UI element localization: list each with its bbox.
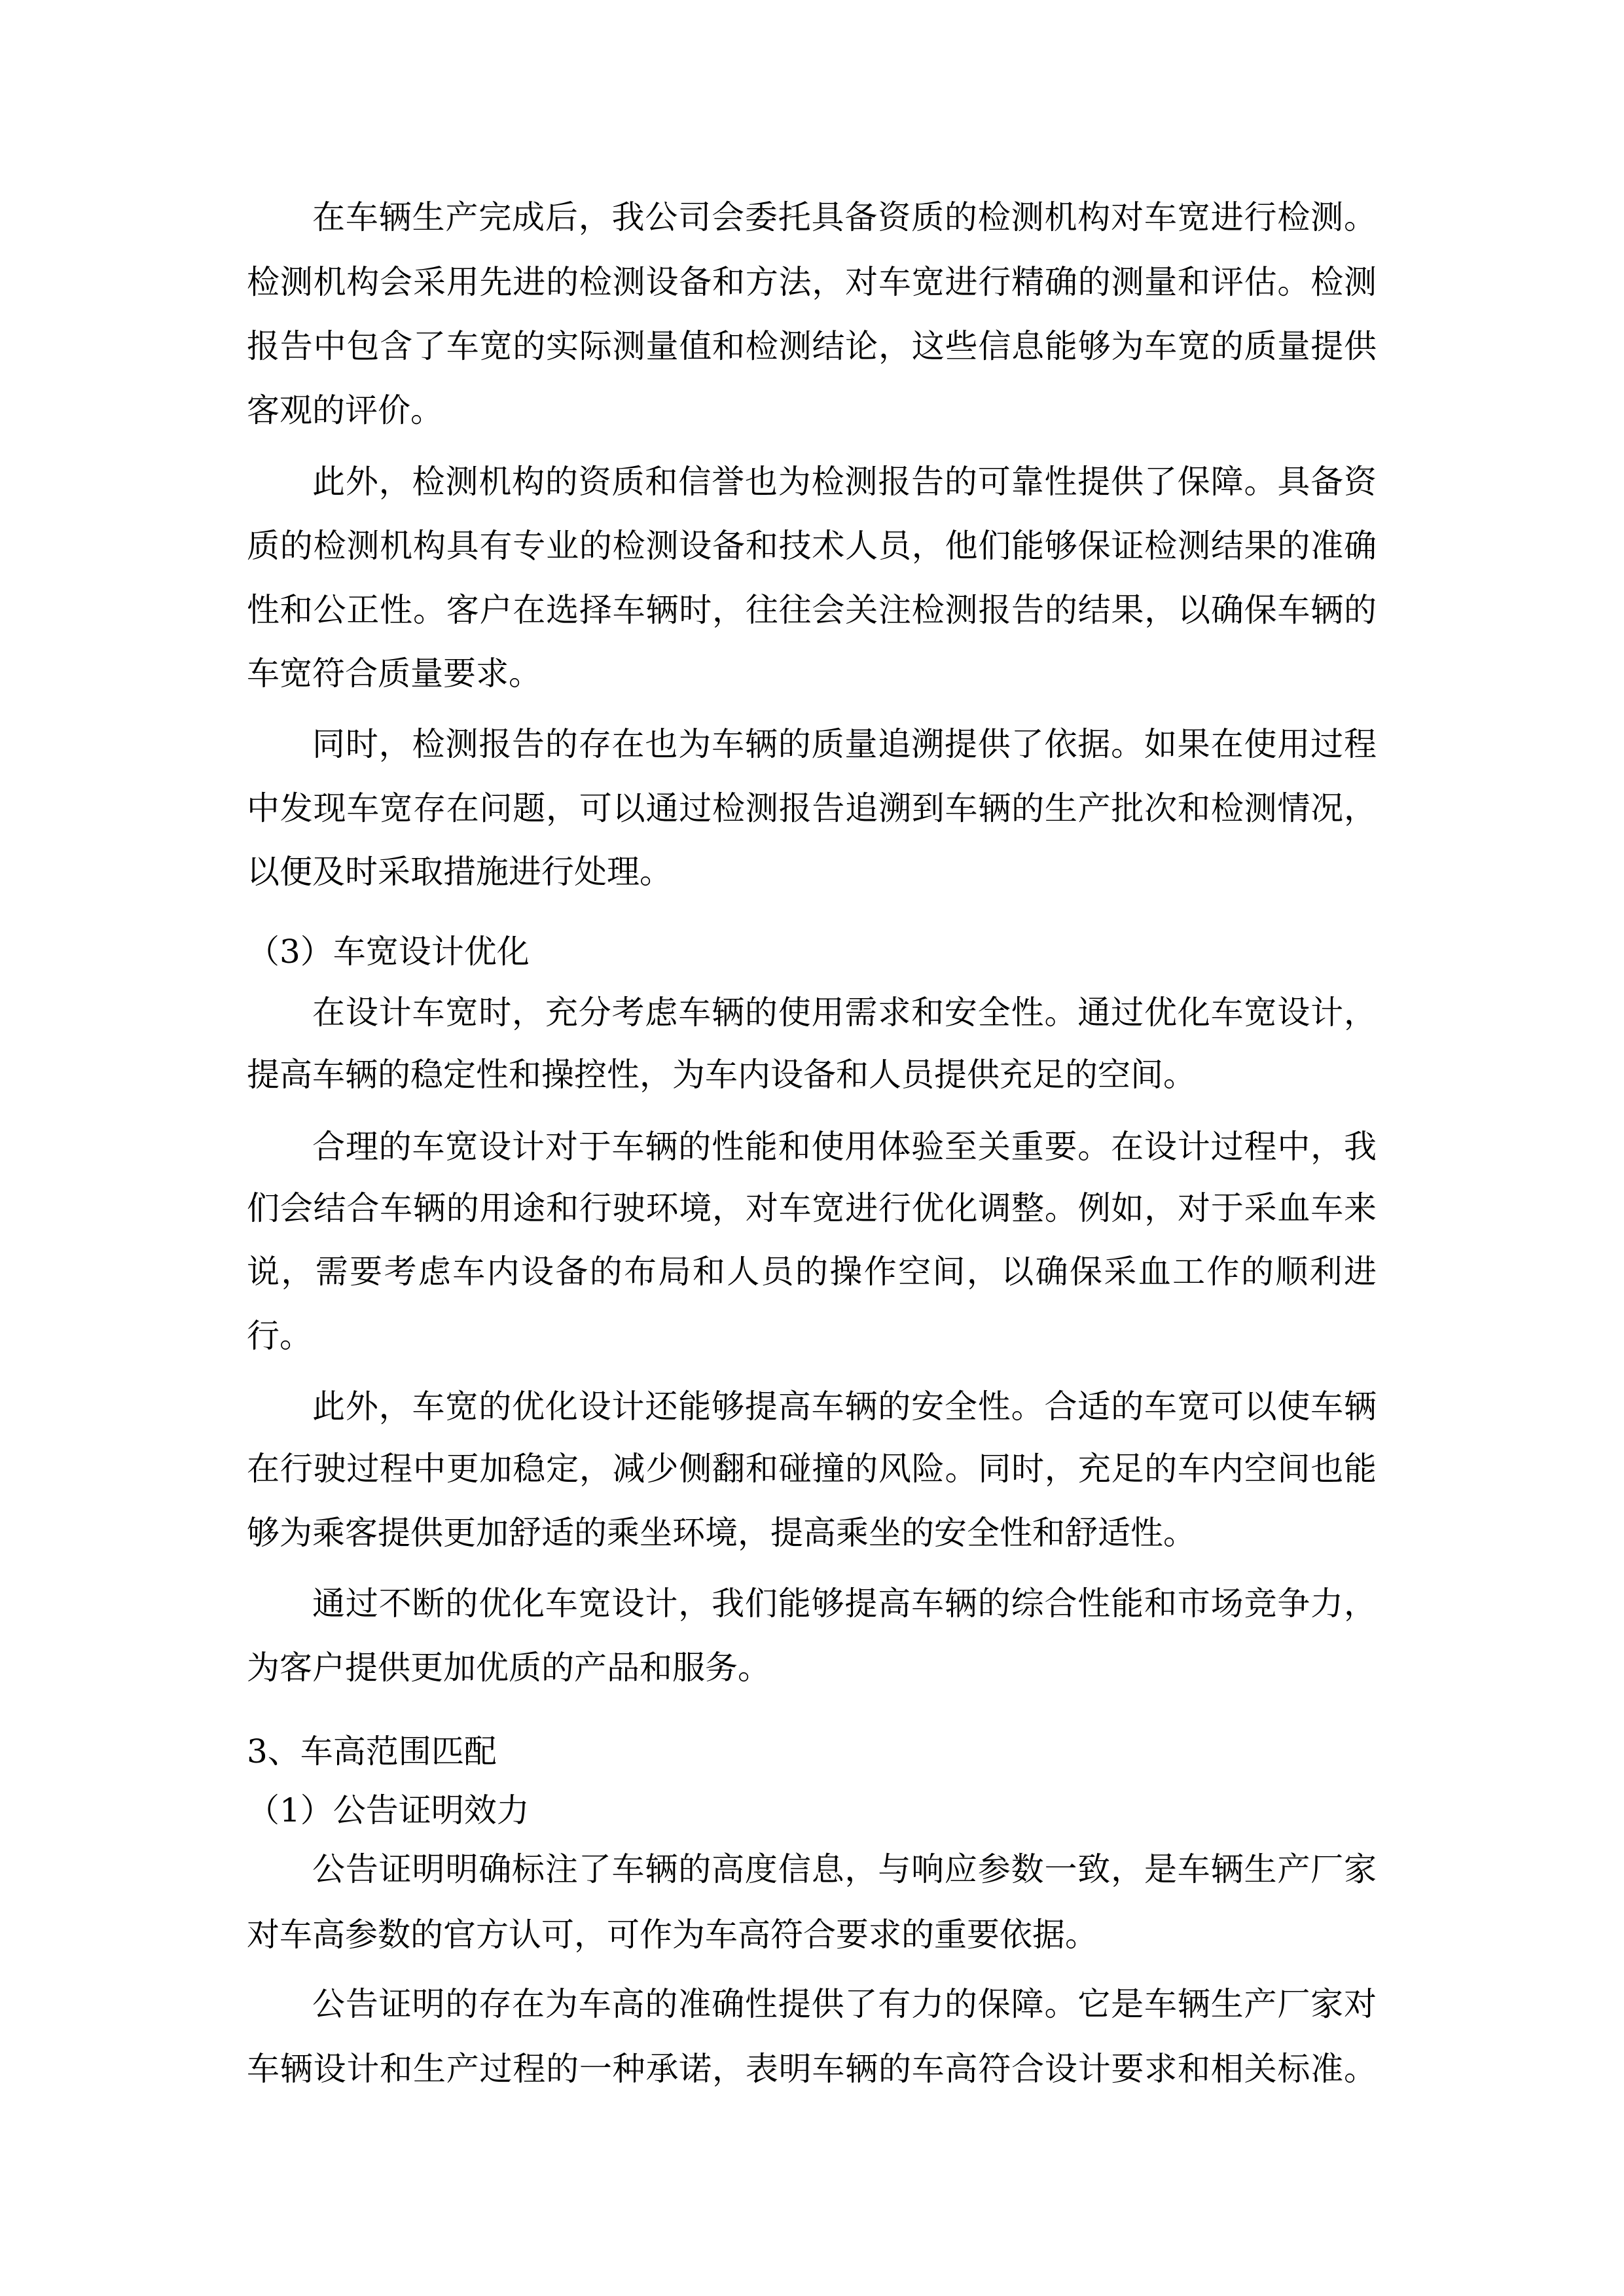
- heading-text: （1）公告证明效力: [247, 1792, 1377, 1829]
- paragraph-line: 报告中包含了车宽的实际测量值和检测结论，这些信息能够为车宽的质量提供: [247, 328, 1377, 365]
- paragraph-line: 客观的评价。: [247, 392, 1377, 429]
- paragraph-line: 在车辆生产完成后，我公司会委托具备资质的检测机构对车宽进行检测。: [312, 199, 1377, 236]
- paragraph-line: 同时，检测报告的存在也为车辆的质量追溯提供了依据。如果在使用过程: [312, 726, 1377, 762]
- paragraph-line: 们会结合车辆的用途和行驶环境，对车宽进行优化调整。例如，对于采血车来: [247, 1190, 1377, 1227]
- paragraph-line: 通过不断的优化车宽设计，我们能够提高车辆的综合性能和市场竞争力，: [312, 1585, 1377, 1622]
- paragraph-line: 质的检测机构具有专业的检测设备和技术人员，他们能够保证检测结果的准确: [247, 528, 1377, 564]
- paragraph-line: 性和公正性。客户在选择车辆时，往往会关注检测报告的结果，以确保车辆的: [247, 592, 1377, 628]
- paragraph-line: 检测机构会采用先进的检测设备和方法，对车宽进行精确的测量和评估。检测: [247, 264, 1377, 300]
- paragraph-line: 中发现车宽存在问题，可以通过检测报告追溯到车辆的生产批次和检测情况，: [247, 790, 1377, 827]
- paragraph-line: 公告证明的存在为车高的准确性提供了有力的保障。它是车辆生产厂家对: [312, 1986, 1377, 2022]
- paragraph-line: 提高车辆的稳定性和操控性，为车内设备和人员提供充足的空间。: [247, 1056, 1377, 1093]
- paragraph-line: 合理的车宽设计对于车辆的性能和使用体验至关重要。在设计过程中，我: [312, 1128, 1377, 1165]
- paragraph-line: 够为乘客提供更加舒适的乘坐环境，提高乘坐的安全性和舒适性。: [247, 1515, 1377, 1551]
- paragraph-line: 说，需要考虑车内设备的布局和人员的操作空间，以确保采血工作的顺利进: [247, 1253, 1377, 1290]
- paragraph-line: 以便及时采取措施进行处理。: [247, 853, 1377, 890]
- heading-text: （3）车宽设计优化: [247, 933, 1377, 970]
- paragraph-line: 在设计车宽时，充分考虑车辆的使用需求和安全性。通过优化车宽设计，: [312, 994, 1377, 1031]
- paragraph-line: 公告证明明确标注了车辆的高度信息，与响应参数一致，是车辆生产厂家: [312, 1851, 1377, 1888]
- paragraph-line: 为客户提供更加优质的产品和服务。: [247, 1649, 1377, 1686]
- heading-text: 3、车高范围匹配: [247, 1733, 1377, 1770]
- paragraph-line: 车宽符合质量要求。: [247, 655, 1377, 692]
- paragraph-line: 此外，检测机构的资质和信誉也为检测报告的可靠性提供了保障。具备资: [312, 463, 1377, 500]
- paragraph-line: 对车高参数的官方认可，可作为车高符合要求的重要依据。: [247, 1916, 1377, 1953]
- document-page: 在车辆生产完成后，我公司会委托具备资质的检测机构对车宽进行检测。检测机构会采用先…: [0, 0, 1624, 2296]
- paragraph-line: 此外，车宽的优化设计还能够提高车辆的安全性。合适的车宽可以使车辆: [312, 1388, 1377, 1425]
- paragraph-line: 行。: [247, 1318, 1377, 1354]
- paragraph-line: 在行驶过程中更加稳定，减少侧翻和碰撞的风险。同时，充足的车内空间也能: [247, 1450, 1377, 1487]
- paragraph-line: 车辆设计和生产过程的一种承诺，表明车辆的车高符合设计要求和相关标准。: [247, 2051, 1377, 2087]
